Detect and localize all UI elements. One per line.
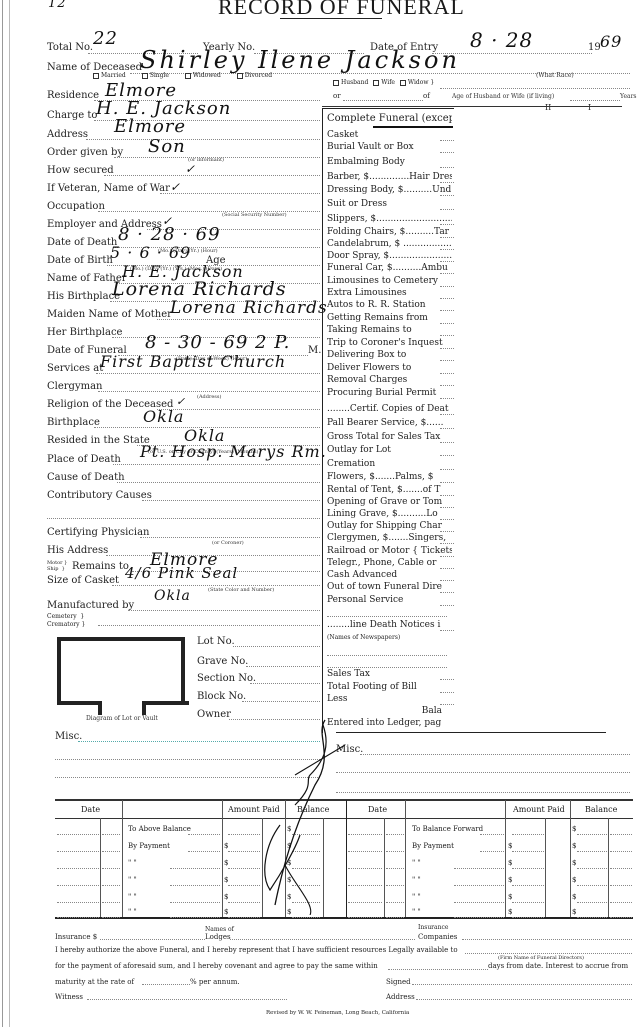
manufactured-line bbox=[128, 610, 320, 611]
ledger-right-balance-currency: $ bbox=[572, 842, 576, 850]
charge-amount-line[interactable] bbox=[440, 398, 454, 399]
ledger-right-amount-currency: $ bbox=[508, 842, 512, 850]
charge-item: Cash Advanced bbox=[327, 570, 452, 580]
birthplace-label: Birthplace bbox=[47, 417, 100, 428]
ledger-date-right-line[interactable] bbox=[348, 917, 382, 918]
ledger-date-left-line-2[interactable] bbox=[102, 834, 120, 835]
ledger-date-left-line[interactable] bbox=[57, 851, 99, 852]
lot-no-line bbox=[233, 646, 320, 647]
husband-checkbox[interactable]: Husband bbox=[333, 79, 368, 86]
charge-blank-line[interactable] bbox=[327, 655, 447, 656]
ledger-right-balance-currency: $ bbox=[572, 876, 576, 884]
maiden-name-value[interactable]: Lorena Richards bbox=[170, 298, 328, 318]
charge-amount-line[interactable] bbox=[440, 556, 454, 557]
mark-ii: II bbox=[545, 103, 551, 112]
veteran-line bbox=[160, 193, 320, 194]
year-prefix: 19 bbox=[588, 42, 601, 53]
charge-item: Taking Remains to bbox=[327, 325, 452, 335]
ledger-date-left-line[interactable] bbox=[57, 868, 99, 869]
grave-no-label: Grave No. bbox=[197, 656, 248, 667]
charge-item: Sales Tax bbox=[327, 669, 452, 679]
ledger-left-desc-line[interactable] bbox=[170, 885, 220, 886]
charge-amount-line[interactable] bbox=[440, 167, 454, 168]
ledger-col bbox=[384, 818, 385, 917]
ledger-left-row-label: By Payment bbox=[128, 842, 170, 850]
charge-amount-line[interactable] bbox=[440, 273, 454, 274]
charge-amount-line[interactable] bbox=[440, 605, 454, 606]
insurance-line bbox=[100, 939, 205, 940]
rate-line bbox=[142, 984, 190, 985]
cemetery-line bbox=[98, 625, 320, 626]
ledger-entry-rule bbox=[336, 732, 606, 733]
ledger-right-amount-currency: $ bbox=[508, 893, 512, 901]
charge-amount-line[interactable] bbox=[440, 373, 454, 374]
lot-diagram-post-right bbox=[142, 701, 146, 715]
place-of-death-line bbox=[113, 464, 320, 465]
lodges-label-top: Names of bbox=[55, 926, 234, 933]
lot-diagram-bottom-right bbox=[142, 701, 189, 705]
charge-item: Less bbox=[327, 694, 452, 704]
date-of-birth-label: Date of Birth bbox=[47, 255, 113, 266]
charge-amount-line[interactable] bbox=[440, 469, 454, 470]
ledger-right-amount-line[interactable] bbox=[512, 868, 544, 869]
companies-label-top: Insurance bbox=[418, 924, 448, 931]
charge-item: Dressing Body, $..........Und bbox=[327, 185, 452, 195]
ledger-header-amount-right: Amount Paid bbox=[513, 805, 565, 814]
section-no-label: Section No. bbox=[197, 673, 256, 684]
ledger-right-balance-line-2[interactable] bbox=[610, 868, 632, 869]
ledger-right-amount-currency: $ bbox=[508, 876, 512, 884]
charge-amount-line[interactable] bbox=[440, 261, 454, 262]
charge-item: Slippers, $...........................H bbox=[327, 214, 452, 224]
misc-right-line-2 bbox=[336, 772, 630, 773]
ledger-right-balance-currency: $ bbox=[572, 825, 576, 833]
services-at-value[interactable]: First Baptist Church bbox=[100, 352, 286, 371]
charge-item: Embalming Body bbox=[327, 157, 452, 167]
ledger-left-desc-line[interactable] bbox=[170, 902, 220, 903]
age-spouse-line bbox=[570, 100, 620, 101]
page-number: 12 bbox=[48, 0, 67, 11]
per-annum-text: % per annum. bbox=[190, 978, 240, 986]
widowed-checkbox[interactable]: Widowed bbox=[185, 72, 221, 79]
ledger-right-row-label: " " bbox=[412, 908, 421, 916]
ledger-right-balance-line[interactable] bbox=[577, 868, 607, 869]
charge-amount-line[interactable] bbox=[440, 323, 454, 324]
physician-sub: (or Coroner) bbox=[212, 540, 244, 546]
manufactured-by-label: Manufactured by bbox=[47, 600, 134, 611]
marital-status-group: Married Single Widowed Divorced bbox=[93, 72, 272, 79]
how-secured-value[interactable]: ✓ bbox=[185, 162, 196, 176]
charge-item: Burial Vault or Box bbox=[327, 142, 452, 152]
charge-amount-line[interactable] bbox=[440, 224, 454, 225]
married-checkbox[interactable]: Married bbox=[93, 72, 126, 79]
ledger-date-left-line-2[interactable] bbox=[102, 851, 120, 852]
veteran-label: If Veteran, Name of War bbox=[47, 183, 170, 194]
date-of-death-label: Date of Death bbox=[47, 237, 117, 248]
order-given-by-label: Order given by bbox=[47, 147, 123, 158]
charge-item: (Names of Newspapers) bbox=[327, 634, 452, 641]
ledger-col bbox=[505, 800, 506, 917]
section-no-line bbox=[250, 683, 320, 684]
residence-label: Residence bbox=[47, 90, 99, 101]
date-of-entry-value[interactable]: 8 · 28 bbox=[470, 28, 533, 52]
charge-amount-line[interactable] bbox=[440, 630, 454, 631]
certifying-physician-label: Certifying Physician bbox=[47, 527, 150, 538]
payment-text: for the payment of aforesaid sum, and I … bbox=[55, 962, 378, 970]
ledger-right-amount-line[interactable] bbox=[512, 885, 544, 886]
charge-amount-line[interactable] bbox=[440, 310, 454, 311]
signature-scribble bbox=[255, 715, 365, 915]
total-no-label: Total No. bbox=[47, 42, 93, 53]
ledger-col bbox=[222, 800, 223, 917]
year-value[interactable]: 69 bbox=[600, 32, 622, 51]
spouse-status-group: Husband Wife Widow } bbox=[333, 79, 434, 86]
ledger-left-amount-line[interactable] bbox=[228, 917, 260, 918]
charge-amount-line[interactable] bbox=[440, 237, 454, 238]
date-of-death-value[interactable]: 8 · 28 · 69 bbox=[118, 224, 221, 245]
single-checkbox[interactable]: Single bbox=[142, 72, 169, 79]
ledger-right-balance-line-2[interactable] bbox=[610, 902, 632, 903]
ledger-left-row-label: " " bbox=[128, 908, 137, 916]
charge-blank-line[interactable] bbox=[327, 667, 447, 668]
charge-item: Folding Chairs, $..........Tar bbox=[327, 227, 452, 237]
revised-by: Revised by W. W. Feineman, Long Beach, C… bbox=[266, 1010, 409, 1016]
ledger-right-balance-line[interactable] bbox=[577, 885, 607, 886]
or-label: or bbox=[333, 92, 341, 100]
order-given-by-value[interactable]: Son bbox=[148, 136, 186, 157]
services-at-line bbox=[96, 373, 320, 374]
manufactured-by-value[interactable]: Okla bbox=[154, 588, 191, 604]
charge-amount-line[interactable] bbox=[440, 442, 454, 443]
charge-item: Rental of Tent, $.......of T bbox=[327, 485, 452, 495]
ledger-right-row-label: " " bbox=[412, 859, 421, 867]
physician-line bbox=[140, 537, 320, 538]
casket-sub: (State Color and Number) bbox=[208, 587, 274, 593]
charge-item: Opening of Grave or Tom bbox=[327, 497, 452, 507]
charge-item: Trip to Coroner's Inquest bbox=[327, 338, 452, 348]
lot-diagram-box bbox=[57, 637, 185, 705]
charge-amount-line[interactable] bbox=[440, 507, 454, 508]
charge-amount-line[interactable] bbox=[440, 495, 454, 496]
charge-item: Clergymen, $.......Singers, bbox=[327, 533, 452, 543]
charge-item: ........Certif. Copies of Deat bbox=[327, 404, 452, 414]
companies-label: Companies bbox=[418, 933, 457, 941]
signed-line[interactable] bbox=[412, 984, 632, 985]
charge-amount-line[interactable] bbox=[440, 360, 454, 361]
ledger-right-balance-line[interactable] bbox=[577, 917, 607, 918]
ledger-left-desc-line[interactable] bbox=[170, 917, 220, 918]
ledger-date-right-line-2[interactable] bbox=[386, 868, 404, 869]
page-binding-edge bbox=[2, 0, 10, 1027]
size-of-casket-label: Size of Casket bbox=[47, 575, 119, 586]
charge-item: Getting Remains from bbox=[327, 313, 452, 323]
of-label: of bbox=[423, 92, 430, 100]
address-line bbox=[86, 139, 320, 140]
charge-amount-line[interactable] bbox=[440, 348, 454, 349]
ledger-right-amount-line[interactable] bbox=[512, 851, 544, 852]
his-address-label: His Address bbox=[47, 545, 108, 556]
ledger-left-row-label: To Above Balance bbox=[128, 825, 191, 833]
date-of-funeral-value[interactable]: 8 - 30 - 69 2 P. bbox=[145, 332, 290, 353]
charge-amount-line[interactable] bbox=[440, 531, 454, 532]
charges-header-underline bbox=[373, 126, 453, 128]
charge-amount-line[interactable] bbox=[440, 182, 454, 183]
lot-diagram-bottom-left bbox=[57, 701, 102, 705]
ledger-date-left-line[interactable] bbox=[57, 902, 99, 903]
charge-item: Gross Total for Sales Tax bbox=[327, 432, 452, 442]
mark-i: I bbox=[588, 103, 591, 112]
ledger-right-balance-currency: $ bbox=[572, 859, 576, 867]
charge-amount-line[interactable] bbox=[440, 249, 454, 250]
charge-item: Outlay for Lot bbox=[327, 445, 452, 455]
clergyman-label: Clergyman bbox=[47, 381, 102, 392]
charge-item: Delivering Box to bbox=[327, 350, 452, 360]
charge-item: Door Spray, $.......................G bbox=[327, 251, 452, 261]
charge-item: Removal Charges bbox=[327, 375, 452, 385]
ledger-right-balance-currency: $ bbox=[572, 893, 576, 901]
charge-item: Deliver Flowers to bbox=[327, 363, 452, 373]
widow-checkbox[interactable]: Widow bbox=[400, 79, 429, 86]
signed-label: Signed bbox=[386, 978, 411, 986]
grave-no-line bbox=[246, 666, 320, 667]
charge-item: Extra Limousines bbox=[327, 288, 452, 298]
clergyman-sub: (Address) bbox=[197, 394, 221, 400]
total-no-value[interactable]: 22 bbox=[93, 28, 118, 49]
charge-amount-line[interactable] bbox=[440, 195, 454, 196]
what-race-label: (What Race) bbox=[536, 72, 574, 79]
misc-right-line-1 bbox=[360, 754, 630, 755]
ledger-date-left-line-2[interactable] bbox=[102, 868, 120, 869]
ledger-left-row-label: " " bbox=[128, 859, 137, 867]
charge-item: Lining Grave, $..........Lo bbox=[327, 509, 452, 519]
ledger-date-left-line-2[interactable] bbox=[102, 917, 120, 918]
owner-label: Owner bbox=[197, 709, 231, 720]
lot-diagram-post-left bbox=[98, 701, 102, 715]
ledger-left-amount-currency: $ bbox=[224, 893, 228, 901]
charge-amount-line[interactable] bbox=[440, 679, 454, 680]
charge-amount-line[interactable] bbox=[440, 385, 454, 386]
charge-amount-line[interactable] bbox=[440, 335, 454, 336]
ledger-date-left-line[interactable] bbox=[57, 885, 99, 886]
maturity-text: maturity at the rate of bbox=[55, 978, 134, 986]
ledger-date-left-line[interactable] bbox=[57, 834, 99, 835]
how-secured-line bbox=[104, 175, 320, 176]
ledger-col bbox=[570, 800, 571, 917]
ledger-left-desc-line[interactable] bbox=[188, 851, 220, 852]
ledger-header-balance-right: Balance bbox=[585, 805, 617, 814]
race-line bbox=[440, 88, 630, 89]
charge-amount-line[interactable] bbox=[440, 152, 454, 153]
charge-item: Autos to R. R. Station bbox=[327, 300, 452, 310]
ledger-left-amount-currency: $ bbox=[224, 876, 228, 884]
his-birthplace-value[interactable]: Lorena Richards bbox=[112, 278, 287, 300]
ledger-right-row-label: " " bbox=[412, 876, 421, 884]
veteran-value[interactable]: ✓ bbox=[170, 180, 181, 194]
charge-item: Total Footing of Bill bbox=[327, 682, 452, 692]
days-line bbox=[388, 969, 488, 970]
charge-item: Casket bbox=[327, 130, 452, 140]
charge-amount-line[interactable] bbox=[440, 286, 454, 287]
charges-header: Complete Funeral (except o bbox=[327, 113, 452, 124]
charge-amount-line[interactable] bbox=[440, 482, 454, 483]
charge-item: Funeral Car, $..........Ambu bbox=[327, 263, 452, 273]
ledger-right-balance-currency: $ bbox=[572, 908, 576, 916]
ledger-left-desc-line[interactable] bbox=[170, 868, 220, 869]
ledger-date-right-line-2[interactable] bbox=[386, 902, 404, 903]
motor-ship-label: Motor }Ship } bbox=[47, 560, 67, 572]
block-no-label: Block No. bbox=[197, 691, 246, 702]
charge-item: Cremation bbox=[327, 459, 452, 469]
ledger-right-balance-line-2[interactable] bbox=[610, 917, 632, 918]
place-of-death-label: Place of Death bbox=[47, 454, 121, 465]
ledger-header-date-left: Date bbox=[81, 805, 100, 814]
charge-item: Outlay for Shipping Char bbox=[327, 521, 452, 531]
clergyman-line bbox=[98, 391, 320, 392]
ledger-right-amount-line[interactable] bbox=[512, 917, 544, 918]
charge-item: Out of town Funeral Dire bbox=[327, 582, 452, 592]
cause-of-death-label: Cause of Death bbox=[47, 472, 125, 483]
ledger-right-balance-line[interactable] bbox=[577, 902, 607, 903]
title-underline bbox=[280, 18, 382, 19]
diagram-label: Diagram of Lot or Vault bbox=[86, 715, 158, 722]
address-label: Address bbox=[47, 129, 88, 140]
ledger-left-desc-line[interactable] bbox=[188, 834, 220, 835]
ledger-right-balance-line-2[interactable] bbox=[610, 851, 632, 852]
ledger-right-desc-line[interactable] bbox=[454, 902, 504, 903]
lodges-label: Lodges bbox=[205, 933, 231, 941]
footer-address-line[interactable] bbox=[416, 999, 632, 1000]
charge-item: Personal Service bbox=[327, 595, 452, 605]
charge-amount-line[interactable] bbox=[440, 298, 454, 299]
ledger-right-balance-line-2[interactable] bbox=[610, 885, 632, 886]
witness-line[interactable] bbox=[87, 999, 287, 1000]
ledger-left-amount-currency: $ bbox=[224, 908, 228, 916]
ledger-right-desc-line[interactable] bbox=[454, 917, 504, 918]
charge-amount-line[interactable] bbox=[440, 519, 454, 520]
casket-line bbox=[112, 585, 320, 586]
ledger-left-amount-currency: $ bbox=[224, 842, 228, 850]
charge-amount-line[interactable] bbox=[440, 692, 454, 693]
charge-amount-line[interactable] bbox=[440, 140, 454, 141]
misc-right-line-3 bbox=[336, 792, 630, 793]
name-of-deceased-value[interactable]: Shirley Ilene Jackson bbox=[140, 46, 460, 74]
charge-amount-line[interactable] bbox=[440, 592, 454, 593]
age-spouse-label: Age of Husband or Wife (if living) bbox=[452, 93, 554, 100]
charge-amount-line[interactable] bbox=[440, 455, 454, 456]
witness-label: Witness bbox=[55, 993, 83, 1001]
lot-no-label: Lot No. bbox=[197, 636, 235, 647]
firm-name-label: (Firm Name of Funeral Directors) bbox=[498, 955, 584, 961]
cemetery-crematory-label: Cemetery }Crematory } bbox=[47, 613, 85, 629]
ledger-right-desc-line[interactable] bbox=[480, 851, 504, 852]
ledger-left-amount-currency: $ bbox=[224, 859, 228, 867]
remains-to-label: Remains to bbox=[72, 561, 129, 572]
lodges-line bbox=[230, 939, 415, 940]
ledger-left-row-label: " " bbox=[128, 876, 137, 884]
charge-item: Pall Bearer Service, $...... bbox=[327, 418, 452, 428]
ledger-col bbox=[608, 818, 609, 917]
charge-amount-line[interactable] bbox=[440, 580, 454, 581]
charge-item: Flowers, $.......Palms, $ bbox=[327, 472, 452, 482]
ledger-date-right-line-2[interactable] bbox=[386, 834, 404, 835]
ledger-right-balance-line[interactable] bbox=[577, 834, 607, 835]
charge-amount-line[interactable] bbox=[440, 568, 454, 569]
charge-to-label: Charge to bbox=[47, 110, 97, 121]
charge-amount-line[interactable] bbox=[440, 704, 454, 705]
companies-line bbox=[462, 939, 632, 940]
contributory-line-2 bbox=[47, 518, 320, 519]
ledger-date-right-line-2[interactable] bbox=[386, 917, 404, 918]
days-text: days from date. Interest to accrue from bbox=[488, 962, 628, 970]
divorced-checkbox[interactable]: Divorced bbox=[237, 72, 272, 79]
services-at-label: Services at bbox=[47, 363, 103, 374]
charge-item: Railroad or Motor { Tickets, $....... bbox=[327, 546, 452, 556]
place-of-death-value[interactable]: Pt. Hosp. Marys Rm. bbox=[140, 442, 327, 461]
cause-line bbox=[117, 482, 320, 483]
charge-amount-line[interactable] bbox=[440, 543, 454, 544]
ledger-right-row-label: To Balance Forward bbox=[412, 825, 483, 833]
ledger-col bbox=[122, 800, 123, 917]
resided-label: Resided in the State bbox=[47, 435, 150, 446]
contributory-line bbox=[142, 500, 320, 501]
ledger-right-desc-line[interactable] bbox=[454, 868, 504, 869]
charges-top-rule bbox=[322, 106, 622, 107]
ledger-right-desc-line[interactable] bbox=[454, 885, 504, 886]
ledger-right-balance-line[interactable] bbox=[577, 851, 607, 852]
ledger-date-left-line[interactable] bbox=[57, 917, 99, 918]
size-of-casket-value[interactable]: 4/6 Pink Seal bbox=[125, 564, 238, 582]
ledger-date-right-line-2[interactable] bbox=[386, 851, 404, 852]
ledger-right-amount-line[interactable] bbox=[512, 902, 544, 903]
ledger-col bbox=[545, 818, 546, 917]
firm-name-line bbox=[465, 953, 632, 954]
authorize-text: I hereby authorize the above Funeral, an… bbox=[55, 946, 458, 954]
ledger-right-balance-line-2[interactable] bbox=[610, 834, 632, 835]
ledger-col bbox=[405, 800, 406, 917]
charge-item: Candelabrum, $ ...................Ca bbox=[327, 239, 452, 249]
charge-amount-line[interactable] bbox=[440, 209, 454, 210]
ledger-left-row-label: " " bbox=[128, 893, 137, 901]
ledger-left-balance-line[interactable] bbox=[292, 917, 320, 918]
ledger-right-amount-currency: $ bbox=[508, 908, 512, 916]
or-line bbox=[343, 100, 423, 101]
charge-item: Limousines to Cemetery bbox=[327, 276, 452, 286]
block-no-line bbox=[242, 701, 320, 702]
ledger-date-left-line-2[interactable] bbox=[102, 902, 120, 903]
charge-item: Suit or Dress bbox=[327, 199, 452, 209]
ledger-right-desc-line[interactable] bbox=[480, 834, 504, 835]
footer-address-label: Address bbox=[386, 993, 415, 1001]
charge-blank-line[interactable] bbox=[327, 616, 447, 617]
charge-amount-line[interactable] bbox=[440, 428, 454, 429]
ssn-sub: (Social Security Number) bbox=[222, 212, 287, 218]
birthplace-value[interactable]: Okla bbox=[143, 407, 184, 426]
ledger-date-left-line-2[interactable] bbox=[102, 885, 120, 886]
ledger-right-row-label: " " bbox=[412, 893, 421, 901]
ledger-right-amount-line[interactable] bbox=[512, 834, 544, 835]
wife-checkbox[interactable]: Wife bbox=[373, 79, 395, 86]
address-value[interactable]: Elmore bbox=[114, 116, 186, 137]
charge-item: Barber, $..............Hair Dres bbox=[327, 172, 452, 182]
page-title: RECORD OF FUNERAL bbox=[218, 0, 465, 20]
charge-amount-line[interactable] bbox=[440, 414, 454, 415]
ledger-date-right-line-2[interactable] bbox=[386, 885, 404, 886]
ledger-right-amount-currency: $ bbox=[508, 859, 512, 867]
years-label: Years bbox=[620, 93, 637, 100]
maiden-name-label: Maiden Name of Mother bbox=[47, 309, 172, 320]
date-of-birth-value[interactable]: 5 · 6 · 69 bbox=[110, 243, 191, 262]
maiden-name-line bbox=[157, 319, 320, 320]
